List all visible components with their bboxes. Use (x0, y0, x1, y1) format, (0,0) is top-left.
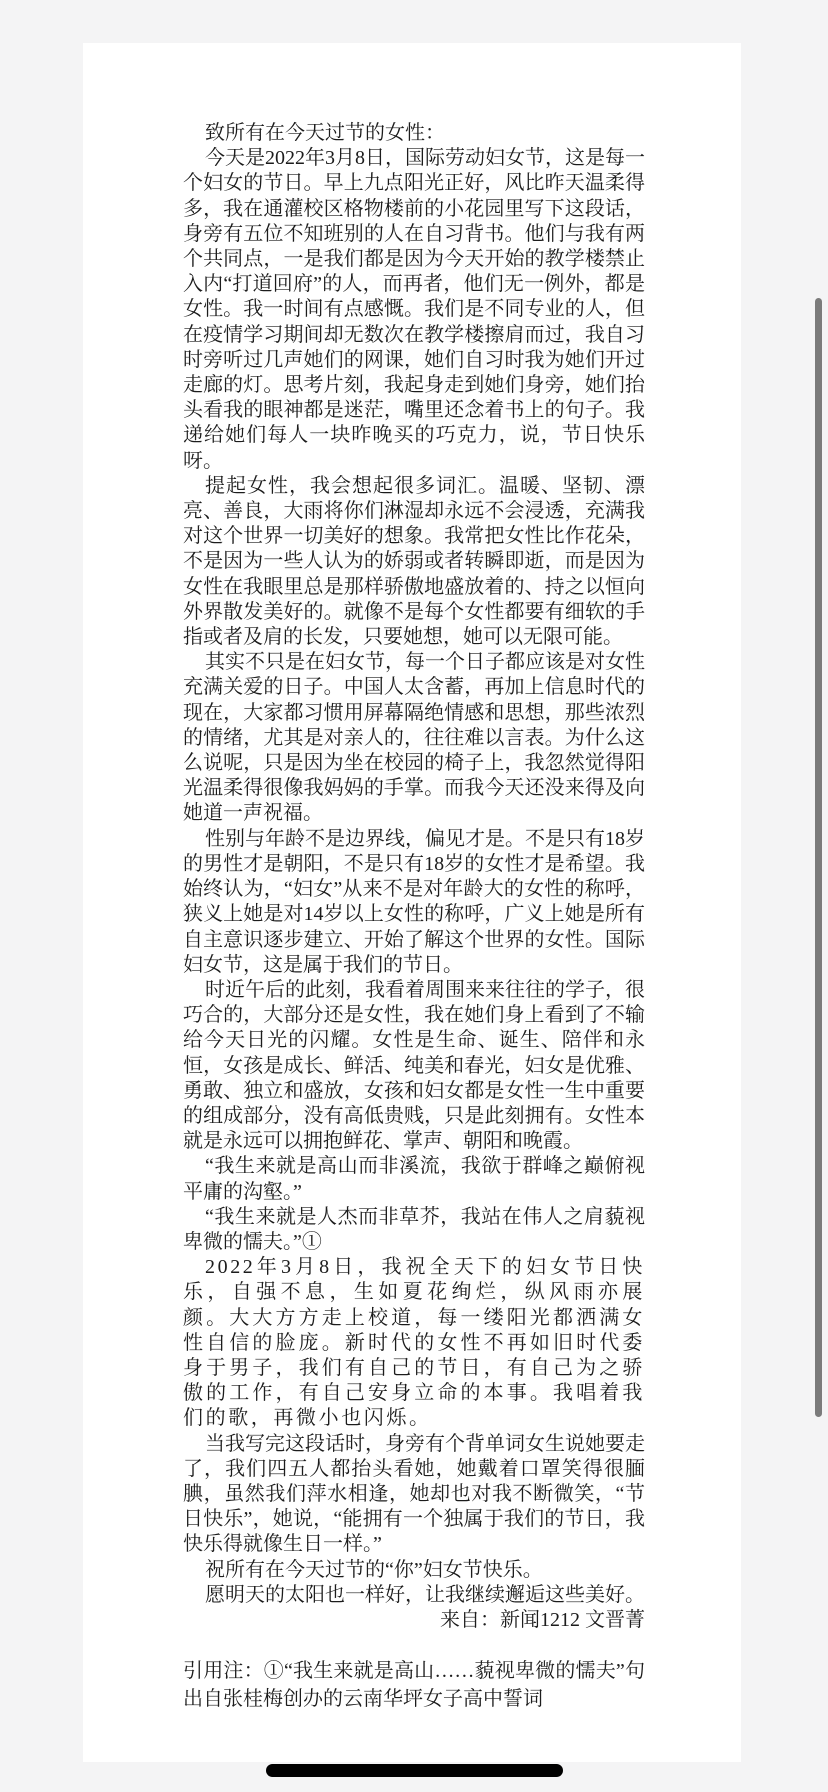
quote-1: “我生来就是高山而非溪流，我欲于群峰之巅俯视平庸的沟壑。” (183, 1154, 645, 1204)
paragraph: 性别与年龄不是边界线，偏见才是。不是只有18岁的男性才是朝阳，不是只有18岁的女… (183, 827, 645, 978)
paragraph: 提起女性，我会想起很多词汇。温暖、坚韧、漂亮、善良，大雨将你们淋湿却永远不会浸透… (183, 474, 645, 650)
paragraph: 今天是2022年3月8日，国际劳动妇女节，这是每一个妇女的节日。早上九点阳光正好… (183, 146, 645, 474)
paragraph: 时近午后的此刻，我看着周围来来往往的学子，很巧合的，大部分还是女性，我在她们身上… (183, 978, 645, 1154)
quote-2: “我生来就是人杰而非草芥，我站在伟人之肩藐视卑微的懦夫。”① (183, 1205, 645, 1255)
paragraph: 其实不只是在妇女节，每一个日子都应该是对女性充满关爱的日子。中国人太含蓄，再加上… (183, 650, 645, 826)
home-indicator[interactable] (266, 1764, 563, 1777)
paragraph: 愿明天的太阳也一样好，让我继续邂逅这些美好。 (183, 1583, 645, 1608)
attribution-line: 来自：新闻1212 文晋菁 (183, 1608, 645, 1633)
paragraph: 祝所有在今天过节的“你”妇女节快乐。 (183, 1558, 645, 1583)
scrollbar[interactable] (815, 298, 822, 1417)
footnote: 引用注：①“我生来就是高山……藐视卑微的懦夫”句出自张桂梅创办的云南华坪女子高中… (183, 1657, 645, 1713)
document-page[interactable]: 致所有在今天过节的女性： 今天是2022年3月8日，国际劳动妇女节，这是每一个妇… (83, 43, 741, 1762)
paragraph: 当我写完这段话时，身旁有个背单词女生说她要走了，我们四五人都抬头看她，她戴着口罩… (183, 1432, 645, 1558)
paragraph-wide-spacing: 2022年3月8日，我祝全天下的妇女节日快乐，自强不息，生如夏花绚烂，纵风雨亦展… (183, 1255, 645, 1431)
document-content: 致所有在今天过节的女性： 今天是2022年3月8日，国际劳动妇女节，这是每一个妇… (83, 43, 741, 1713)
salutation: 致所有在今天过节的女性： (183, 121, 645, 146)
phone-screen: 致所有在今天过节的女性： 今天是2022年3月8日，国际劳动妇女节，这是每一个妇… (0, 0, 828, 1792)
